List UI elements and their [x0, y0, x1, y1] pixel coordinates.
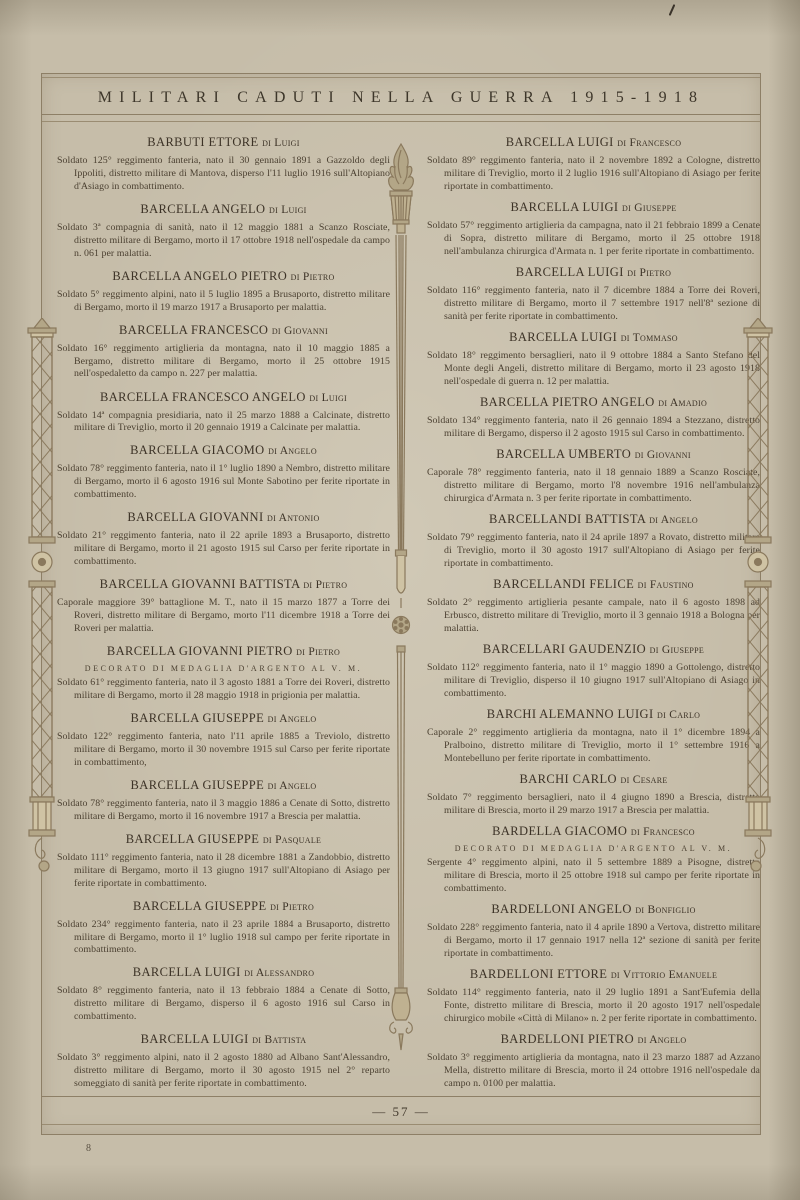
soldier-entry: BARCELLA GIUSEPPE di AngeloSoldato 78° r…: [57, 776, 390, 824]
entry-body: Soldato 78° reggimento fanteria, nato il…: [57, 463, 390, 502]
entry-heading: BARCELLARI GAUDENZIO di Giuseppe: [427, 642, 760, 657]
entry-body: Soldato 18° reggimento bersaglieri, nato…: [427, 350, 760, 389]
entry-name: BARCELLA LUIGI: [506, 135, 614, 149]
entry-filiation: di Giuseppe: [622, 202, 676, 214]
entry-body: Soldato 134° reggimento fanteria, nato i…: [427, 415, 760, 441]
entry-heading: BARCELLA UMBERTO di Giovanni: [427, 447, 760, 462]
entry-name: BARCELLA ANGELO: [140, 202, 265, 216]
entry-decoration: DECORATO DI MEDAGLIA D'ARGENTO AL V. M.: [57, 664, 390, 673]
soldier-entry: BARCELLA GIUSEPPE di AngeloSoldato 122° …: [57, 709, 390, 770]
entry-filiation: di Amadio: [658, 397, 707, 409]
entry-filiation: di Angelo: [268, 445, 317, 457]
entry-body: Soldato 7° reggimento bersaglieri, nato …: [427, 792, 760, 818]
header-rule: [42, 114, 760, 115]
entry-name: BARBUTI ETTORE: [147, 135, 258, 149]
entry-name: BARCELLA GIOVANNI PIETRO: [107, 644, 293, 658]
entry-heading: BARCELLANDI FELICE di Faustino: [427, 577, 760, 592]
entry-filiation: di Luigi: [262, 137, 300, 149]
entry-body: Soldato 125° reggimento fanteria, nato i…: [57, 155, 390, 194]
soldier-entry: BARCELLA LUIGI di BattistaSoldato 3° reg…: [57, 1030, 390, 1091]
entry-heading: BARDELLONI PIETRO di Angelo: [427, 1032, 760, 1047]
entry-name: BARDELLONI ETTORE: [470, 967, 607, 981]
page-number: — 57 —: [42, 1104, 760, 1120]
soldier-entry: BARCELLA GIOVANNI PIETRO di PietroDECORA…: [57, 642, 390, 703]
entry-name: BARCELLA GIUSEPPE: [126, 832, 260, 846]
entry-name: BARCELLA GIOVANNI BATTISTA: [100, 577, 300, 591]
entry-name: BARCELLARI GAUDENZIO: [483, 642, 646, 656]
soldier-entry: BARCELLA GIUSEPPE di PietroSoldato 234° …: [57, 897, 390, 958]
footer-rule: [42, 1124, 760, 1125]
entry-name: BARDELLONI PIETRO: [501, 1032, 635, 1046]
entry-name: BARCELLANDI BATTISTA: [489, 512, 646, 526]
page-title: MILITARI CADUTI NELLA GUERRA 1915-1918: [42, 89, 760, 107]
left-column: BARBUTI ETTORE di LuigiSoldato 125° regg…: [57, 133, 390, 1091]
entry-filiation: di Pasquale: [263, 834, 321, 846]
entry-filiation: di Angelo: [268, 780, 317, 792]
entry-heading: BARCELLA GIUSEPPE di Pietro: [57, 899, 390, 914]
soldier-entry: BARCELLA LUIGI di GiuseppeSoldato 57° re…: [427, 198, 760, 259]
entry-body: Soldato 122° reggimento fanteria, nato l…: [57, 731, 390, 770]
entry-name: BARCELLA GIACOMO: [130, 443, 265, 457]
entry-body: Sergente 4° reggimento alpini, nato il 5…: [427, 857, 760, 896]
soldier-entry: BARDELLA GIACOMO di FrancescoDECORATO DI…: [427, 822, 760, 896]
entry-body: Caporale 78° reggimento fanteria, nato i…: [427, 467, 760, 506]
soldier-entry: BARCELLA GIUSEPPE di PasqualeSoldato 111…: [57, 830, 390, 891]
scanned-page: { "header": { "title": "MILITARI CADUTI …: [0, 0, 800, 1200]
entry-body: Soldato 3ª compagnia di sanità, nato il …: [57, 222, 390, 261]
entry-heading: BARCELLA LUIGI di Giuseppe: [427, 200, 760, 215]
entry-heading: BARCHI CARLO di Cesare: [427, 772, 760, 787]
header-rule: [42, 121, 760, 122]
entry-name: BARCELLA GIUSEPPE: [131, 711, 265, 725]
entry-body: Soldato 116° reggimento fanteria, nato i…: [427, 285, 760, 324]
frame-inner-rule: [42, 77, 760, 78]
entry-body: Soldato 234° reggimento fanteria, nato i…: [57, 919, 390, 958]
entry-heading: BARBUTI ETTORE di Luigi: [57, 135, 390, 150]
entry-filiation: di Carlo: [657, 709, 700, 721]
soldier-entry: BARCELLANDI FELICE di FaustinoSoldato 2°…: [427, 575, 760, 636]
soldier-entry: BARCELLA GIACOMO di AngeloSoldato 78° re…: [57, 441, 390, 502]
entry-filiation: di Vittorio Emanuele: [611, 969, 717, 981]
entry-heading: BARCELLA ANGELO di Luigi: [57, 202, 390, 217]
entry-filiation: di Giuseppe: [650, 644, 704, 656]
entry-filiation: di Antonio: [267, 512, 320, 524]
entry-filiation: di Angelo: [638, 1034, 687, 1046]
entry-filiation: di Cesare: [621, 774, 668, 786]
entry-filiation: di Pietro: [303, 579, 347, 591]
entry-name: BARCELLA GIOVANNI: [127, 510, 263, 524]
entry-body: Soldato 2° reggimento artiglieria pesant…: [427, 597, 760, 636]
entry-body: Soldato 16° reggimento artiglieria da mo…: [57, 343, 390, 382]
entry-name: BARCELLA LUIGI: [133, 965, 241, 979]
soldier-entry: BARCELLA UMBERTO di GiovanniCaporale 78°…: [427, 445, 760, 506]
entry-filiation: di Alessandro: [244, 967, 314, 979]
soldier-entry: BARCELLA LUIGI di PietroSoldato 116° reg…: [427, 263, 760, 324]
soldier-entry: BARCHI ALEMANNO LUIGI di CarloCaporale 2…: [427, 705, 760, 766]
entry-filiation: di Pietro: [270, 901, 314, 913]
entry-heading: BARCELLA LUIGI di Francesco: [427, 135, 760, 150]
soldier-entry: BARCELLA PIETRO ANGELO di AmadioSoldato …: [427, 393, 760, 441]
entry-name: BARCELLA LUIGI: [516, 265, 624, 279]
soldier-entry: BARCELLA GIOVANNI BATTISTA di PietroCapo…: [57, 575, 390, 636]
entry-body: Caporale maggiore 39° battaglione M. T.,…: [57, 597, 390, 636]
soldier-entry: BARDELLONI PIETRO di AngeloSoldato 3° re…: [427, 1030, 760, 1091]
entry-body: Soldato 3° reggimento alpini, nato il 2 …: [57, 1052, 390, 1091]
entry-name: BARCHI CARLO: [519, 772, 617, 786]
entry-filiation: di Pietro: [296, 646, 340, 658]
entry-body: Soldato 111° reggimento fanteria, nato i…: [57, 852, 390, 891]
entry-filiation: di Tommaso: [621, 332, 678, 344]
soldier-entry: BARCELLANDI BATTISTA di AngeloSoldato 79…: [427, 510, 760, 571]
soldier-entry: BARCELLA ANGELO PIETRO di PietroSoldato …: [57, 267, 390, 315]
entry-name: BARCELLA LUIGI: [509, 330, 617, 344]
entry-filiation: di Battista: [252, 1034, 306, 1046]
entry-body: Soldato 57° reggimento artiglieria da ca…: [427, 220, 760, 259]
soldier-entry: BARCHI CARLO di CesareSoldato 7° reggime…: [427, 770, 760, 818]
entry-name: BARDELLONI ANGELO: [491, 902, 631, 916]
entry-heading: BARCELLA FRANCESCO ANGELO di Luigi: [57, 390, 390, 405]
soldier-entry: BARCELLA FRANCESCO ANGELO di LuigiSoldat…: [57, 388, 390, 436]
entry-heading: BARCELLA GIOVANNI di Antonio: [57, 510, 390, 525]
soldier-entry: BARCELLA ANGELO di LuigiSoldato 3ª compa…: [57, 200, 390, 261]
entry-name: BARCELLANDI FELICE: [493, 577, 634, 591]
entry-heading: BARCELLA LUIGI di Battista: [57, 1032, 390, 1047]
entry-filiation: di Giovanni: [272, 325, 328, 337]
signature-mark: 8: [86, 1143, 91, 1154]
soldier-entry: BARDELLONI ETTORE di Vittorio EmanueleSo…: [427, 965, 760, 1026]
soldier-entry: BARBUTI ETTORE di LuigiSoldato 125° regg…: [57, 133, 390, 194]
entry-filiation: di Luigi: [269, 204, 307, 216]
soldier-entry: BARCELLA GIOVANNI di AntonioSoldato 21° …: [57, 508, 390, 569]
entry-decoration: DECORATO DI MEDAGLIA D'ARGENTO AL V. M.: [427, 844, 760, 853]
soldier-entry: BARCELLARI GAUDENZIO di GiuseppeSoldato …: [427, 640, 760, 701]
entry-heading: BARDELLA GIACOMO di Francesco: [427, 824, 760, 839]
entry-name: BARCELLA PIETRO ANGELO: [480, 395, 655, 409]
right-column: BARCELLA LUIGI di FrancescoSoldato 89° r…: [427, 133, 760, 1091]
entry-body: Soldato 228° reggimento fanteria, nato i…: [427, 922, 760, 961]
entry-name: BARDELLA GIACOMO: [492, 824, 627, 838]
entry-body: Soldato 114° reggimento fanteria, nato i…: [427, 987, 760, 1026]
pen-stray-mark: [669, 4, 676, 16]
entry-body: Caporale 2° reggimento artiglieria da mo…: [427, 727, 760, 766]
entry-body: Soldato 89° reggimento fanteria, nato il…: [427, 155, 760, 194]
entry-name: BARCELLA ANGELO PIETRO: [112, 269, 287, 283]
entry-filiation: di Faustino: [638, 579, 694, 591]
entry-heading: BARDELLONI ANGELO di Bonfiglio: [427, 902, 760, 917]
entry-filiation: di Bonfiglio: [635, 904, 695, 916]
entry-name: BARCELLA FRANCESCO: [119, 323, 268, 337]
soldier-entry: BARCELLA LUIGI di AlessandroSoldato 8° r…: [57, 963, 390, 1024]
soldier-entry: BARCELLA LUIGI di FrancescoSoldato 89° r…: [427, 133, 760, 194]
entry-filiation: di Luigi: [309, 392, 347, 404]
entry-name: BARCELLA GIUSEPPE: [131, 778, 265, 792]
entry-heading: BARCELLA GIOVANNI PIETRO di Pietro: [57, 644, 390, 659]
entry-name: BARCELLA LUIGI: [510, 200, 618, 214]
entry-body: Soldato 5° reggimento alpini, nato il 5 …: [57, 289, 390, 315]
entry-body: Soldato 112° reggimento fanteria, nato i…: [427, 662, 760, 701]
entry-heading: BARCELLA FRANCESCO di Giovanni: [57, 323, 390, 338]
entry-heading: BARCELLA GIOVANNI BATTISTA di Pietro: [57, 577, 390, 592]
entry-heading: BARCELLANDI BATTISTA di Angelo: [427, 512, 760, 527]
entry-filiation: di Pietro: [627, 267, 671, 279]
entry-heading: BARCELLA LUIGI di Tommaso: [427, 330, 760, 345]
entry-body: Soldato 3° reggimento artiglieria da mon…: [427, 1052, 760, 1091]
entry-body: Soldato 78° reggimento fanteria, nato il…: [57, 798, 390, 824]
entry-body: Soldato 21° reggimento fanteria, nato il…: [57, 530, 390, 569]
footer-rule: [42, 1096, 760, 1097]
entry-heading: BARCELLA LUIGI di Alessandro: [57, 965, 390, 980]
entry-filiation: di Angelo: [268, 713, 317, 725]
soldier-entry: BARCELLA LUIGI di TommasoSoldato 18° reg…: [427, 328, 760, 389]
entry-heading: BARCELLA GIACOMO di Angelo: [57, 443, 390, 458]
entry-heading: BARCELLA GIUSEPPE di Pasquale: [57, 832, 390, 847]
entry-heading: BARCELLA PIETRO ANGELO di Amadio: [427, 395, 760, 410]
entry-body: Soldato 8° reggimento fanteria, nato il …: [57, 985, 390, 1024]
entry-name: BARCELLA FRANCESCO ANGELO: [100, 390, 306, 404]
entry-filiation: di Pietro: [291, 271, 335, 283]
entry-heading: BARCELLA ANGELO PIETRO di Pietro: [57, 269, 390, 284]
entry-filiation: di Francesco: [631, 826, 695, 838]
entry-filiation: di Angelo: [649, 514, 698, 526]
entry-name: BARCELLA GIUSEPPE: [133, 899, 267, 913]
entry-body: Soldato 61° reggimento fanteria, nato il…: [57, 677, 390, 703]
entry-body: Soldato 79° reggimento fanteria, nato il…: [427, 532, 760, 571]
entry-heading: BARCELLA LUIGI di Pietro: [427, 265, 760, 280]
entry-heading: BARCHI ALEMANNO LUIGI di Carlo: [427, 707, 760, 722]
entry-name: BARCELLA LUIGI: [141, 1032, 249, 1046]
entry-name: BARCELLA UMBERTO: [496, 447, 631, 461]
entry-heading: BARCELLA GIUSEPPE di Angelo: [57, 778, 390, 793]
soldier-entry: BARCELLA FRANCESCO di GiovanniSoldato 16…: [57, 321, 390, 382]
entry-heading: BARDELLONI ETTORE di Vittorio Emanuele: [427, 967, 760, 982]
entry-filiation: di Giovanni: [635, 449, 691, 461]
entry-body: Soldato 14ª compagnia presidiaria, nato …: [57, 410, 390, 436]
entry-name: BARCHI ALEMANNO LUIGI: [487, 707, 654, 721]
soldier-entry: BARDELLONI ANGELO di BonfiglioSoldato 22…: [427, 900, 760, 961]
entry-heading: BARCELLA GIUSEPPE di Angelo: [57, 711, 390, 726]
entry-filiation: di Francesco: [617, 137, 681, 149]
